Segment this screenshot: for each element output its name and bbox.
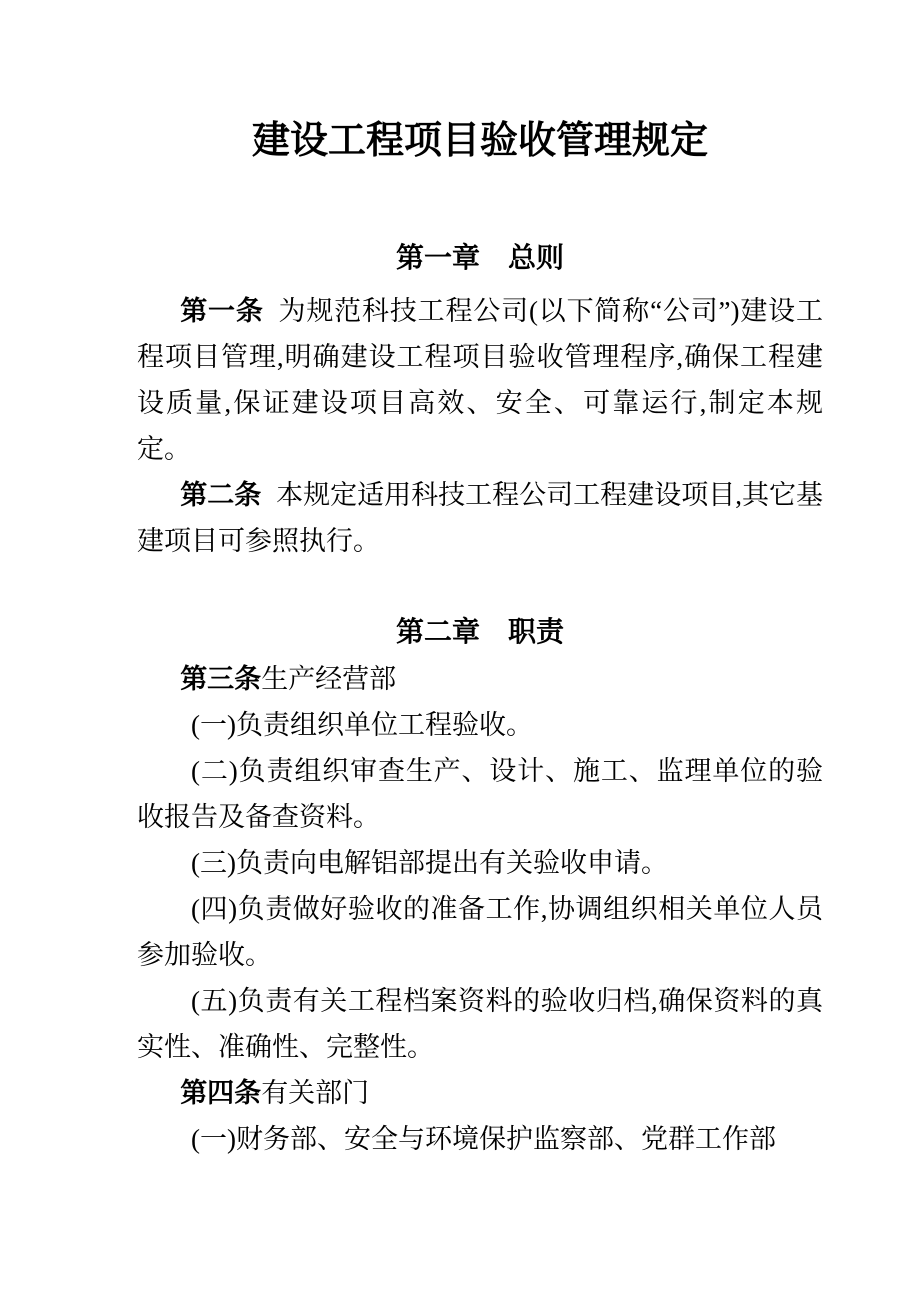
article-1-paragraph: 第一条为规范科技工程公司(以下简称“公司”)建设工程项目管理,明确建设工程项目验… [137,288,823,472]
article-3-text: 生产经营部 [261,664,396,694]
article-4-label: 第四条 [180,1078,261,1108]
chapter-1-heading: 第一章 总则 [137,236,823,282]
article-3-item-2: (二)负责组织审查生产、设计、施工、监理单位的验收报告及备查资料。 [137,748,823,840]
article-4-text: 有关部门 [261,1078,369,1108]
article-3-paragraph: 第三条生产经营部 [137,656,823,702]
document-title: 建设工程项目验收管理规定 [137,118,823,164]
document-page: 建设工程项目验收管理规定 第一章 总则 第一条为规范科技工程公司(以下简称“公司… [0,0,920,1302]
document-content: 建设工程项目验收管理规定 第一章 总则 第一条为规范科技工程公司(以下简称“公司… [0,118,920,1162]
article-3-label: 第三条 [180,664,261,694]
article-1-label: 第一条 [180,296,263,326]
article-3-item-3: (三)负责向电解铝部提出有关验收申请。 [137,840,823,886]
article-2-label: 第二条 [180,480,261,510]
article-4-item-1: (一)财务部、安全与环境保护监察部、党群工作部 [137,1116,823,1162]
chapter-2-heading: 第二章 职责 [137,610,823,656]
article-3-item-4: (四)负责做好验收的准备工作,协调组织相关单位人员参加验收。 [137,886,823,978]
article-3-item-1: (一)负责组织单位工程验收。 [137,702,823,748]
article-3-item-5: (五)负责有关工程档案资料的验收归档,确保资料的真实性、准确性、完整性。 [137,978,823,1070]
article-4-paragraph: 第四条有关部门 [137,1070,823,1116]
article-2-paragraph: 第二条本规定适用科技工程公司工程建设项目,其它基建项目可参照执行。 [137,472,823,564]
